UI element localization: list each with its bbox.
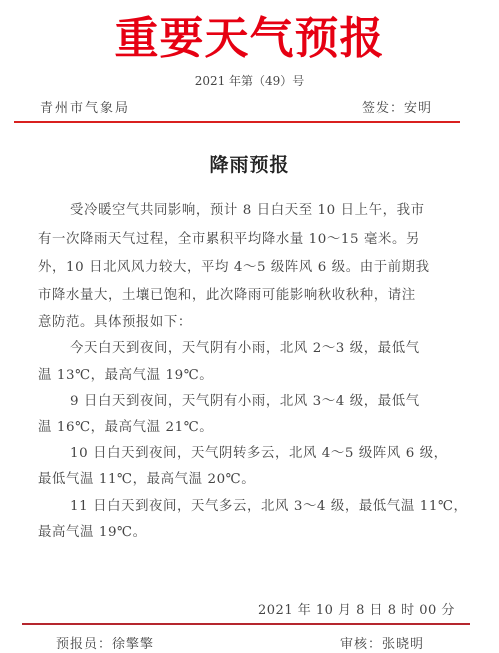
organization-name: 青州市气象局 [40, 97, 130, 116]
masthead-title: 重要天气预报 [0, 2, 499, 66]
body-line: 有一次降雨天气过程，全市累积平均降水量 10～15 毫米。另 [38, 228, 420, 247]
body-line: 10 日白天到夜间，天气阴转多云，北风 4～5 级阵风 6 级， [70, 442, 448, 461]
issue-number: 2021 年第（49）号 [0, 72, 499, 89]
body-line: 11 日白天到夜间，天气多云，北风 3～4 级，最低气温 11℃， [70, 495, 468, 514]
forecaster: 预报员：徐擎擎 [56, 633, 154, 652]
footer-divider [22, 623, 470, 625]
body-line: 温 16℃，最高气温 21℃。 [38, 416, 213, 435]
body-line: 9 日白天到夜间，天气阴有小雨，北风 3～4 级，最低气 [70, 390, 420, 409]
body-line: 最低气温 11℃，最高气温 20℃。 [38, 468, 255, 487]
header-divider [14, 121, 460, 123]
issue-datetime: 2021 年 10 月 8 日 8 时 00 分 [258, 599, 455, 618]
body-line: 受冷暖空气共同影响，预计 8 日白天至 10 日上午，我市 [70, 199, 425, 218]
body-line: 外，10 日北风风力较大，平均 4～5 级阵风 6 级。由于前期我 [38, 256, 430, 275]
reviewer: 审核：张晓明 [340, 633, 424, 652]
document-title: 降雨预报 [0, 150, 499, 177]
body-line: 意防范。具体预报如下： [38, 311, 192, 330]
body-line: 温 13℃，最高气温 19℃。 [38, 364, 213, 383]
signer: 签发：安明 [362, 97, 432, 116]
body-line: 最高气温 19℃。 [38, 521, 147, 540]
body-line: 今天白天到夜间，天气阴有小雨，北风 2～3 级，最低气 [70, 337, 420, 356]
body-line: 市降水量大，土壤已饱和，此次降雨可能影响秋收秋种，请注 [38, 284, 416, 303]
